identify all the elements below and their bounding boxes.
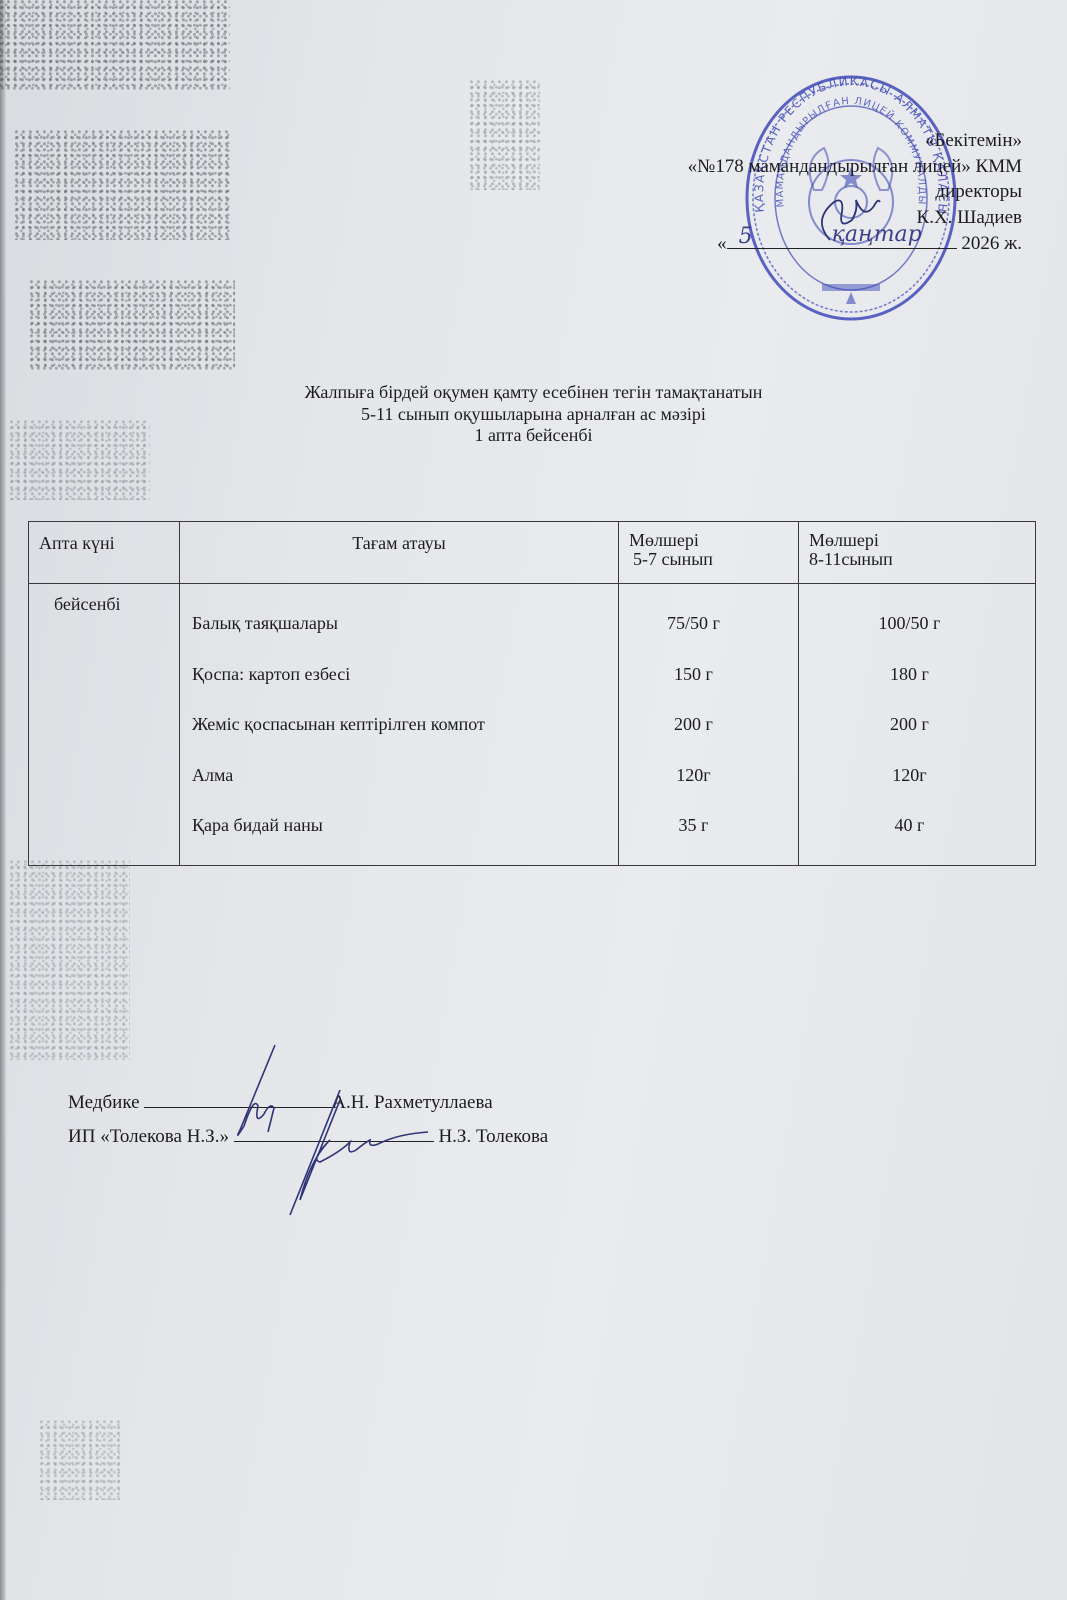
qty-5-7-value: 120г	[619, 764, 798, 815]
nurse-role: Медбике	[68, 1092, 140, 1113]
scan-edge-shadow	[0, 0, 6, 1600]
qty-8-11-column: 100/50 г 180 г 200 г 120г 40 г	[799, 584, 1036, 866]
dish-column: Балық таяқшалары Қоспа: картоп езбесі Же…	[180, 584, 619, 866]
toner-smudge	[0, 0, 230, 90]
dish-item: Қоспа: картоп езбесі	[180, 663, 618, 714]
toner-smudge	[30, 280, 235, 370]
toner-smudge	[40, 1420, 120, 1500]
supplier-name: Н.З. Толекова	[438, 1126, 548, 1147]
header-qty-8-11-label: Мөлшері	[809, 531, 1035, 550]
title-line-2: 5-11 сынып оқушыларына арналған ас мәзір…	[0, 404, 1067, 426]
qty-5-7-value: 35 г	[619, 814, 798, 865]
supplier-role: ИП «Толекова Н.З.»	[68, 1126, 229, 1147]
signature-block: Медбике А.Н. Рахметуллаева ИП «Толекова …	[68, 1086, 548, 1154]
approval-date: « 5 қаңтар 2026 ж.	[717, 230, 1022, 257]
table-row: бейсенбі Балық таяқшалары Қоспа: картоп …	[29, 584, 1036, 866]
qty-8-11-value: 180 г	[799, 663, 1035, 714]
dish-item: Қара бидай наны	[180, 814, 618, 865]
qty-8-11-value: 120г	[799, 764, 1035, 815]
day-cell: бейсенбі	[29, 584, 180, 866]
date-blank-line: 5 қаңтар	[727, 230, 957, 249]
qty-8-11-value: 40 г	[799, 814, 1035, 865]
toner-smudge	[470, 80, 540, 190]
approval-organization: «№178 мамандандырылған лицей» КММ	[688, 154, 1022, 180]
title-line-1: Жалпыға бірдей оқумен қамту есебінен тег…	[0, 382, 1067, 404]
qty-5-7-value: 150 г	[619, 663, 798, 714]
approval-position: директоры	[688, 179, 1022, 205]
qty-8-11-value: 100/50 г	[799, 612, 1035, 663]
nurse-sign-blank	[144, 1089, 332, 1108]
header-qty-5-7: Мөлшері 5-7 сынып	[619, 522, 799, 584]
qty-5-7-value: 200 г	[619, 713, 798, 764]
header-qty-8-11-grade: 8-11сынып	[809, 550, 1035, 569]
header-qty-5-7-label: Мөлшері	[629, 531, 798, 550]
toner-smudge	[10, 860, 130, 1060]
qty-5-7-value: 75/50 г	[619, 612, 798, 663]
handwritten-day: 5	[739, 224, 753, 250]
qty-5-7-column: 75/50 г 150 г 200 г 120г 35 г	[619, 584, 799, 866]
supplier-signature-line: ИП «Толекова Н.З.» Н.З. Толекова	[68, 1120, 548, 1154]
header-qty-8-11: Мөлшері 8-11сынып	[799, 522, 1036, 584]
title-line-3: 1 апта бейсенбі	[0, 425, 1067, 447]
approval-block: «Бекітемін» «№178 мамандандырылған лицей…	[688, 128, 1022, 257]
document-title: Жалпыға бірдей оқумен қамту есебінен тег…	[0, 382, 1067, 447]
dish-item: Алма	[180, 764, 618, 815]
dish-item: Балық таяқшалары	[180, 612, 618, 663]
nurse-signature-line: Медбике А.Н. Рахметуллаева	[68, 1086, 548, 1120]
approval-heading: «Бекітемін»	[688, 128, 1022, 154]
dish-item: Жеміс қоспасынан кептірілген компот	[180, 713, 618, 764]
qty-8-11-value: 200 г	[799, 713, 1035, 764]
header-day: Апта күні	[29, 522, 180, 584]
menu-table: Апта күні Тағам атауы Мөлшері 5-7 сынып …	[28, 521, 1036, 866]
toner-smudge	[15, 130, 230, 240]
header-qty-5-7-grade: 5-7 сынып	[629, 550, 798, 569]
table-header-row: Апта күні Тағам атауы Мөлшері 5-7 сынып …	[29, 522, 1036, 584]
handwritten-month: қаңтар	[832, 222, 922, 248]
nurse-name: А.Н. Рахметуллаева	[332, 1092, 492, 1113]
document-page: ҚАЗАҚСТАН РЕСПУБЛИКАСЫ АЛМАТЫ ҚАЛАСЫ МАМ…	[0, 0, 1067, 1600]
date-year: 2026 ж.	[961, 233, 1022, 254]
supplier-sign-blank	[234, 1123, 434, 1142]
date-open-quote: «	[717, 233, 727, 254]
header-dish: Тағам атауы	[180, 522, 619, 584]
